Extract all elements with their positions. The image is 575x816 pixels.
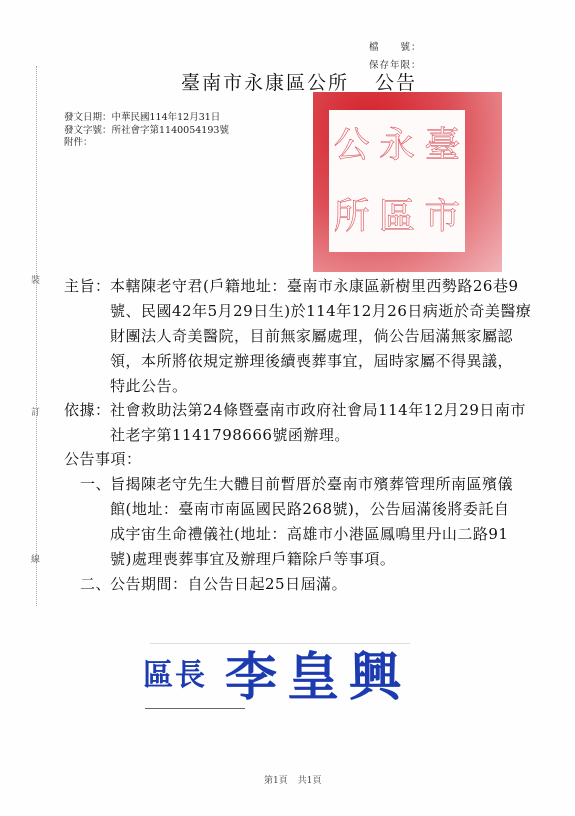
file-number-label: 檔 號： bbox=[369, 39, 422, 53]
subject-line: 號、民國42年5月29日生)於114年12月26日病逝於奇美醫療 bbox=[110, 302, 531, 320]
notice-item-marker: 二、 bbox=[80, 572, 110, 597]
seal-char: 區 bbox=[374, 199, 419, 235]
binding-line bbox=[36, 66, 37, 606]
subject-line: 財團法人奇美醫院，目前無家屬處理，倘公告屆滿無家屬認 bbox=[110, 327, 513, 345]
page-total: 共1頁 bbox=[298, 776, 322, 786]
document-type: 公告 bbox=[375, 72, 417, 94]
notice-item-line: 館(地址：臺南市南區國民路268號)，公告屆滿後將委託自 bbox=[110, 500, 509, 518]
notice-item-marker: 一、 bbox=[80, 472, 110, 497]
subject-section: 主旨：本轄陳老守君(戶籍地址：臺南市永康區新樹里西勢路26巷9 號、民國42年5… bbox=[64, 274, 531, 399]
page-number: 第1頁 bbox=[264, 776, 288, 786]
notice-section: 公告事項： 一、旨揭陳老守先生大體目前暫厝於臺南市殯葬管理所南區殯儀 館(地址：… bbox=[64, 447, 513, 597]
seal-char: 臺 bbox=[420, 128, 465, 164]
subject-label: 主旨： bbox=[64, 274, 110, 299]
document-header: 發文日期：中華民國114年12月31日 發文字號：所社會字第1140054193… bbox=[64, 112, 229, 150]
signatory-title: 區長 bbox=[143, 650, 207, 694]
seal-char: 永 bbox=[374, 128, 419, 164]
notice-item-line: 公告期間：自公告日起25日屆滿。 bbox=[110, 575, 347, 593]
subject-line: 領，本所將依規定辦理後續喪葬事宜，屆時家屬不得異議， bbox=[110, 352, 513, 370]
subject-line: 本轄陳老守君(戶籍地址：臺南市永康區新樹里西勢路26巷9 bbox=[110, 277, 519, 295]
signature-underline bbox=[145, 708, 245, 709]
official-seal: 臺 市 永 區 公 所 bbox=[313, 92, 502, 272]
basis-section: 依據：社會救助法第24條暨臺南市政府社會局114年12月29日南市 社老字第11… bbox=[64, 398, 526, 448]
binding-mark-xian: 線 bbox=[31, 552, 40, 565]
issue-date: 發文日期：中華民國114年12月31日 bbox=[64, 112, 229, 125]
notice-item-line: 旨揭陳老守先生大體目前暫厝於臺南市殯葬管理所南區殯儀 bbox=[110, 475, 513, 493]
attachment-label: 附件： bbox=[64, 137, 229, 150]
notice-label: 公告事項： bbox=[64, 450, 142, 468]
seal-char: 市 bbox=[420, 199, 465, 235]
basis-line: 社老字第1141798666號函辦理。 bbox=[110, 426, 350, 444]
document-number: 發文字號：所社會字第1140054193號 bbox=[64, 125, 229, 138]
binding-mark-ding: 訂 bbox=[31, 405, 40, 418]
page-title: 臺南市永康區公所公告 bbox=[181, 68, 417, 95]
seal-char: 公 bbox=[329, 128, 374, 164]
seal-characters: 臺 市 永 區 公 所 bbox=[329, 110, 465, 252]
basis-line: 社會救助法第24條暨臺南市政府社會局114年12月29日南市 bbox=[110, 401, 526, 419]
signatory-name: 李皇興 bbox=[225, 635, 411, 710]
notice-item-line: 成宇宙生命禮儀社(地址：高雄市小港區鳳鳴里丹山二路91 bbox=[110, 525, 508, 543]
binding-mark-zhuang: 裝 bbox=[31, 273, 40, 286]
agency-name: 臺南市永康區公所 bbox=[181, 72, 349, 94]
page-footer: 第1頁共1頁 bbox=[264, 773, 321, 786]
signature-stamp: 區長 李皇興 bbox=[143, 640, 411, 704]
seal-char: 所 bbox=[329, 199, 374, 235]
notice-item-line: 號)處理喪葬事宜及辦理戶籍除戶等事項。 bbox=[110, 550, 395, 568]
basis-label: 依據： bbox=[64, 398, 110, 423]
subject-line: 特此公告。 bbox=[110, 377, 188, 395]
